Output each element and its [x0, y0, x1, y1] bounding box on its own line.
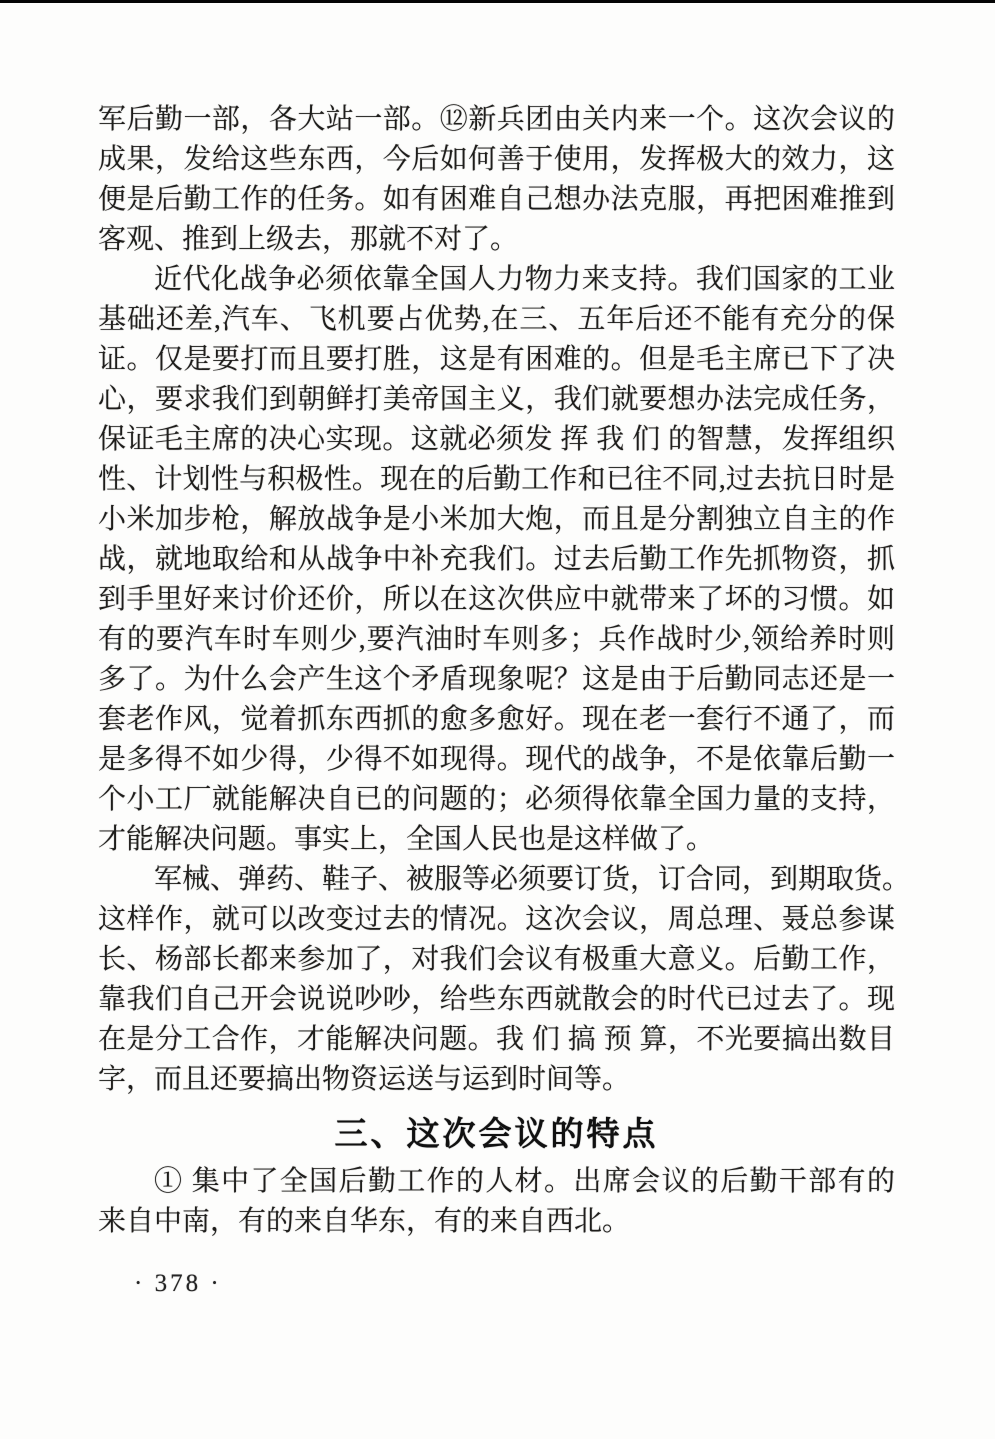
text-line: 证。仅是要打而且要打胜，这是有困难的。但是毛主席已下了决 — [98, 340, 895, 380]
text-line: 在是分工合作，才能解决问题。我 们 搞 预 算，不光要搞出数目 — [98, 1020, 895, 1060]
text-line: 军械、弹药、鞋子、被服等必须要订货，订合同，到期取货。 — [98, 860, 895, 900]
scan-edge-artifact — [0, 0, 995, 3]
paragraph: 军后勤一部，各大站一部。⑫新兵团由关内来一个。这次会议的成果，发给这些东西，今后… — [98, 100, 895, 260]
text-line: 多了。为什么会产生这个矛盾现象呢？这是由于后勤同志还是一 — [98, 660, 895, 700]
body-paragraphs: 军后勤一部，各大站一部。⑫新兵团由关内来一个。这次会议的成果，发给这些东西，今后… — [98, 100, 895, 1100]
text-line: 靠我们自己开会说说吵吵，给些东西就散会的时代已过去了。现 — [98, 980, 895, 1020]
page-number: · 378 · — [98, 1264, 895, 1304]
text-line: 便是后勤工作的任务。如有困难自己想办法克服，再把困难推到 — [98, 180, 895, 220]
text-line: ① 集中了全国后勤工作的人材。出席会议的后勤干部有的 — [98, 1162, 895, 1202]
text-line: 基础还差,汽车、飞机要占优势,在三、五年后还不能有充分的保 — [98, 300, 895, 340]
section-heading: 三、这次会议的特点 — [98, 1114, 895, 1154]
text-line: 心，要求我们到朝鲜打美帝国主义，我们就要想办法完成任务， — [98, 380, 895, 420]
text-line: 到手里好来讨价还价，所以在这次供应中就带来了坏的习惯。如 — [98, 580, 895, 620]
text-line: 保证毛主席的决心实现。这就必须发 挥 我 们 的智慧，发挥组织 — [98, 420, 895, 460]
text-line: 小米加步枪，解放战争是小米加大炮，而且是分割独立自主的作 — [98, 500, 895, 540]
text-line: 客观、推到上级去，那就不对了。 — [98, 220, 895, 260]
text-line: 近代化战争必须依靠全国人力物力来支持。我们国家的工业 — [98, 260, 895, 300]
text-line: 字，而且还要搞出物资运送与运到时间等。 — [98, 1060, 895, 1100]
text-line: 有的要汽车时车则少,要汽油时车则多；兵作战时少,领给养时则 — [98, 620, 895, 660]
text-line: 个小工厂就能解决自已的问题的；必须得依靠全国力量的支持， — [98, 780, 895, 820]
text-line: 来自中南，有的来自华东，有的来自西北。 — [98, 1202, 895, 1242]
text-line: 套老作风，觉着抓东西抓的愈多愈好。现在老一套行不通了，而 — [98, 700, 895, 740]
text-line: 长、杨部长都来参加了，对我们会议有极重大意义。后勤工作， — [98, 940, 895, 980]
text-line: 才能解决问题。事实上，全国人民也是这样做了。 — [98, 820, 895, 860]
text-line: 是多得不如少得，少得不如现得。现代的战争，不是依靠后勤一 — [98, 740, 895, 780]
text-line: 成果，发给这些东西，今后如何善于使用，发挥极大的效力，这 — [98, 140, 895, 180]
text-line: 战，就地取给和从战争中补充我们。过去后勤工作先抓物资，抓 — [98, 540, 895, 580]
body-paragraphs-after-heading: ① 集中了全国后勤工作的人材。出席会议的后勤干部有的来自中南，有的来自华东，有的… — [98, 1162, 895, 1242]
text-line: 这样作，就可以改变过去的情况。这次会议，周总理、聂总参谋 — [98, 900, 895, 940]
paragraph: ① 集中了全国后勤工作的人材。出席会议的后勤干部有的来自中南，有的来自华东，有的… — [98, 1162, 895, 1242]
paragraph: 军械、弹药、鞋子、被服等必须要订货，订合同，到期取货。这样作，就可以改变过去的情… — [98, 860, 895, 1100]
text-line: 性、计划性与积极性。现在的后勤工作和已往不同,过去抗日时是 — [98, 460, 895, 500]
text-line: 军后勤一部，各大站一部。⑫新兵团由关内来一个。这次会议的 — [98, 100, 895, 140]
page-body: 军后勤一部，各大站一部。⑫新兵团由关内来一个。这次会议的成果，发给这些东西，今后… — [98, 100, 895, 1304]
scanned-book-page: 军后勤一部，各大站一部。⑫新兵团由关内来一个。这次会议的成果，发给这些东西，今后… — [0, 0, 995, 1439]
paragraph: 近代化战争必须依靠全国人力物力来支持。我们国家的工业基础还差,汽车、飞机要占优势… — [98, 260, 895, 860]
